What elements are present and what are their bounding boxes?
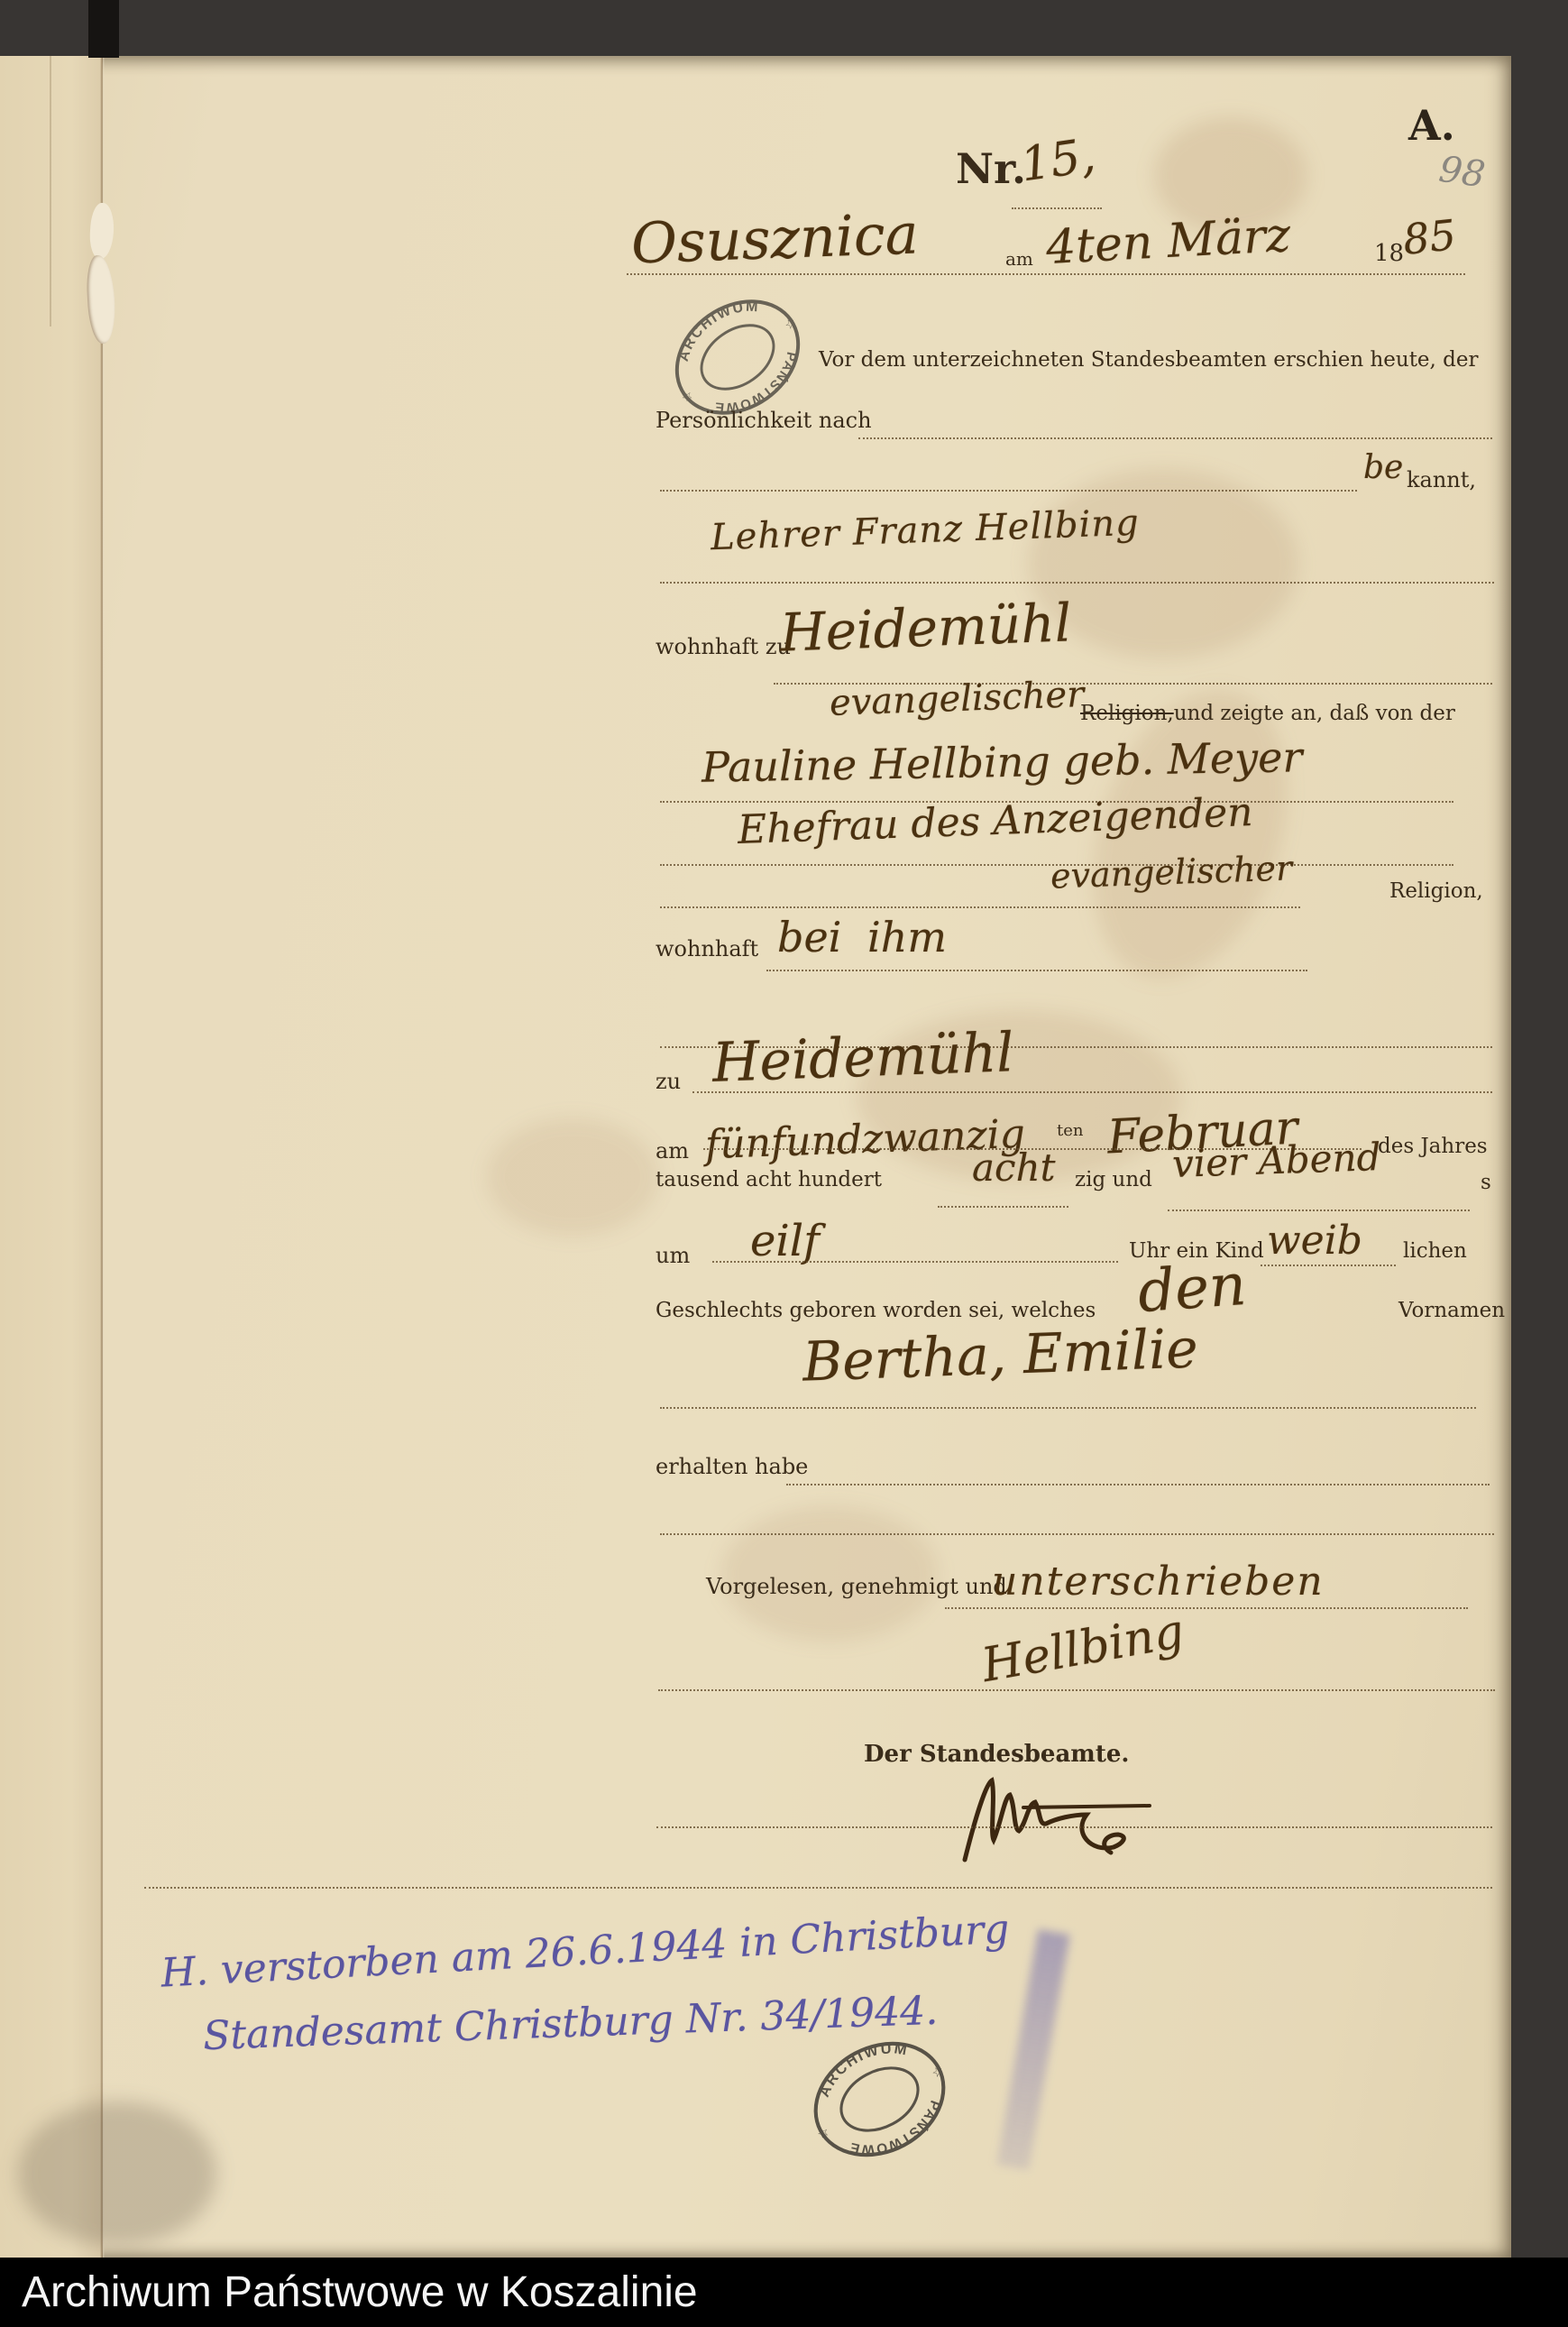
vornamen-den: den bbox=[1136, 1252, 1249, 1326]
dateline-place: Osusznica bbox=[630, 200, 920, 276]
document-scan: Nr. 15, A. 98 Osusznica am 4ten März 18 … bbox=[0, 0, 1568, 2327]
residence-value: Heidemühl bbox=[779, 592, 1072, 663]
pencil-page-number: 98 bbox=[1436, 149, 1488, 197]
birthyear-decade: acht bbox=[972, 1145, 1056, 1190]
dotted-line bbox=[660, 906, 1300, 908]
intro-line1: Vor dem unterzeichneten Standesbeamten e… bbox=[819, 348, 1479, 372]
corner-letter: A. bbox=[1408, 101, 1455, 150]
birthyear-s: s bbox=[1481, 1171, 1491, 1194]
registrar-title: Der Standesbeamte. bbox=[864, 1741, 1129, 1768]
record-number-value: 15, bbox=[1017, 129, 1098, 193]
dotted-line bbox=[938, 1206, 1068, 1208]
erhalten-habe: erhalten habe bbox=[656, 1454, 808, 1479]
dotted-line bbox=[945, 1607, 1468, 1609]
dotted-line bbox=[786, 1484, 1490, 1485]
dotted-line bbox=[658, 1689, 1495, 1691]
intro-line2: Persönlichkeit nach bbox=[656, 408, 872, 433]
archive-footer-label: Archiwum Państwowe w Koszalinie bbox=[22, 2267, 698, 2317]
dotted-line bbox=[712, 1261, 1118, 1263]
record-number-label: Nr. bbox=[956, 144, 1026, 193]
vornamen-label: Vornamen bbox=[1398, 1299, 1505, 1322]
dotted-line bbox=[766, 970, 1307, 971]
archive-footer-bar: Archiwum Państwowe w Koszalinie bbox=[0, 2258, 1568, 2327]
dotted-line bbox=[660, 1533, 1494, 1535]
child-sex: weib bbox=[1267, 1218, 1362, 1264]
dotted-line bbox=[144, 1887, 1492, 1889]
sex-lichen: lichen bbox=[1403, 1239, 1467, 1263]
page-crease bbox=[100, 56, 105, 2258]
dotted-line bbox=[692, 1091, 1492, 1093]
dotted-line bbox=[660, 490, 1357, 492]
birthdate-desjahres: des Jahres bbox=[1378, 1135, 1488, 1158]
religion1-rest: und zeigte an, daß von der bbox=[1174, 702, 1455, 725]
dateline-year: 85 bbox=[1400, 210, 1458, 264]
birthtime-hour: eilf bbox=[750, 1216, 820, 1266]
dotted-line bbox=[1261, 1265, 1396, 1266]
dotted-line bbox=[660, 582, 1494, 584]
religion2-label: Religion, bbox=[1389, 879, 1483, 903]
religion2-value: evangelischer bbox=[1050, 848, 1292, 896]
registrar-signature-flourish bbox=[938, 1770, 1172, 1878]
dotted-line bbox=[1168, 1209, 1470, 1211]
residence2-label: wohnhaft bbox=[656, 936, 758, 961]
page-gutter-strip bbox=[0, 56, 102, 2258]
dateline-am: am bbox=[1005, 248, 1033, 270]
dateline-century: 18 bbox=[1374, 240, 1404, 267]
dotted-line bbox=[660, 1407, 1476, 1409]
religion1-value: evangelischer bbox=[829, 674, 1085, 724]
birthyear-zigund: zig und bbox=[1075, 1168, 1152, 1191]
birthplace-label: zu bbox=[656, 1069, 681, 1094]
birthdate-am: am bbox=[656, 1138, 689, 1163]
binding-notch bbox=[88, 0, 119, 58]
dotted-line bbox=[1012, 207, 1102, 209]
birthdate-ten-sup: ten bbox=[1057, 1121, 1083, 1140]
page-edge-line bbox=[50, 56, 51, 327]
bekannt-printed: kannt, bbox=[1407, 467, 1476, 492]
birthtime-um: um bbox=[656, 1243, 690, 1268]
religion1-label: Religion, bbox=[1080, 702, 1174, 725]
bekannt-handwritten-prefix: be bbox=[1363, 449, 1403, 486]
closing-printed: Vorgelesen, genehmigt und bbox=[706, 1574, 1007, 1599]
birthyear-unit-daypart: vier Abend bbox=[1171, 1135, 1381, 1186]
residence2-value: bei ihm bbox=[777, 913, 947, 961]
dotted-line bbox=[858, 437, 1492, 439]
religion1-printed: Religion, und zeigte an, daß von der bbox=[1080, 702, 1455, 725]
dotted-line bbox=[656, 1826, 1492, 1828]
geschlechts-line: Geschlechts geboren worden sei, welches bbox=[656, 1299, 1096, 1322]
closing-handwritten: unterschrieben bbox=[992, 1559, 1325, 1605]
residence-label: wohnhaft zu bbox=[656, 634, 791, 659]
birthplace-value: Heidemühl bbox=[711, 1021, 1015, 1095]
birthyear-tausend: tausend acht hundert bbox=[656, 1168, 882, 1191]
